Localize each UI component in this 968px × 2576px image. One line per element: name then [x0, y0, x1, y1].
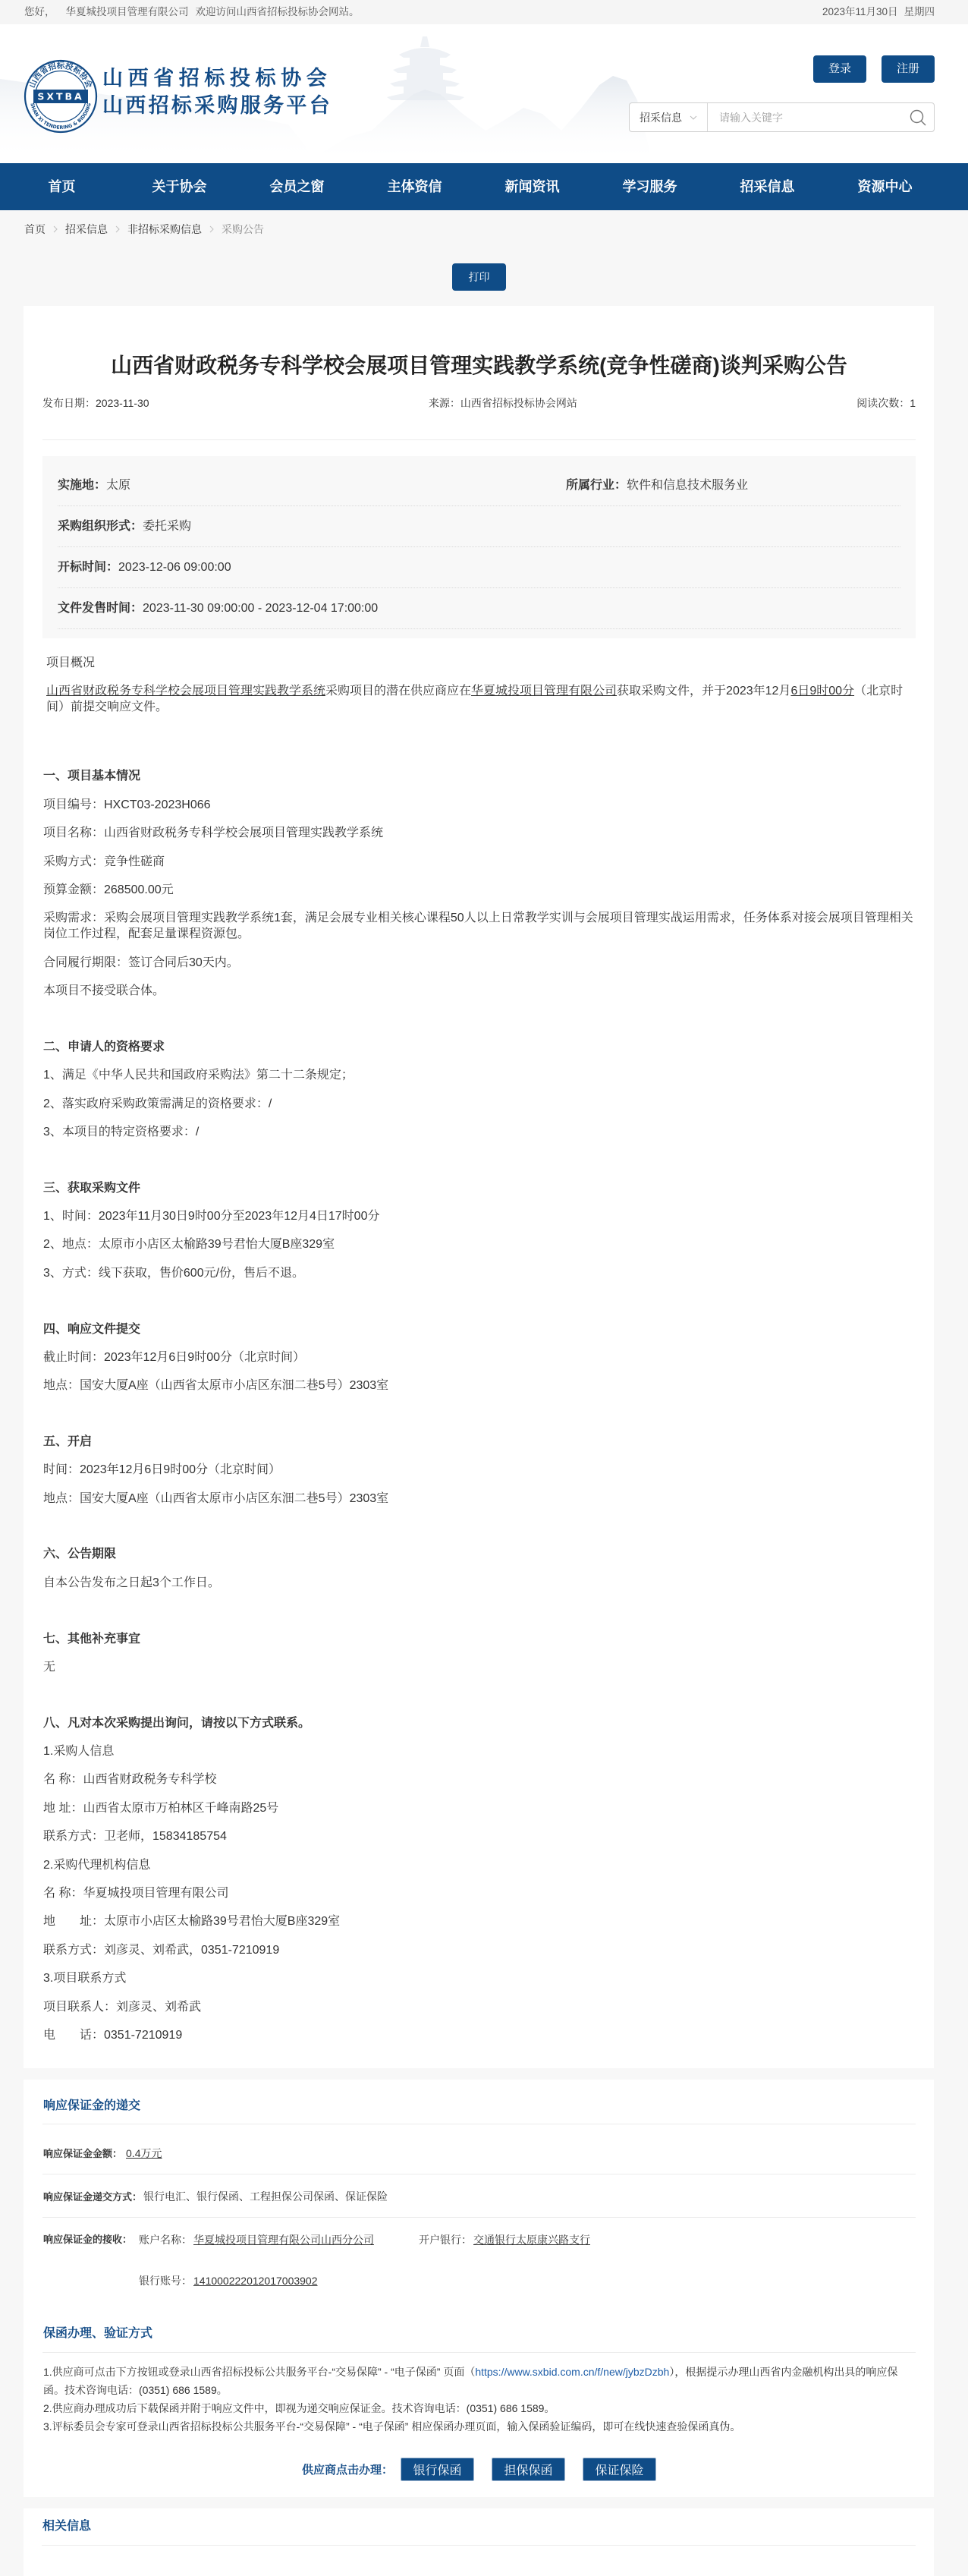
guarantee-actions-label: 供应商点击办理：	[302, 2461, 393, 2477]
print-button[interactable]: 打印	[452, 263, 506, 291]
article-source: 来源：山西省招标投标协会网站	[429, 395, 577, 411]
section-line: 2、地点：太原市小店区太榆路39号君怡大厦B座329室	[43, 1236, 916, 1252]
deposit-method-row: 响应保证金递交方式：银行电汇、银行保函、工程担保公司保函、保证保险	[42, 2174, 916, 2218]
section-line: 项目编号：HXCT03-2023H066	[43, 797, 916, 813]
section-heading: 二、申请人的资格要求	[43, 1039, 916, 1055]
nav-item-news[interactable]: 新闻资讯	[473, 163, 591, 210]
section-heading: 四、响应文件提交	[43, 1321, 916, 1337]
guarantee-title: 保函办理、验证方式	[42, 2325, 916, 2353]
section-heading: 五、开启	[43, 1434, 916, 1450]
chevron-right-icon	[53, 225, 58, 233]
section-line: 截止时间：2023年12月6日9时00分（北京时间）	[43, 1349, 916, 1365]
contact-line: 1.采购人信息	[43, 1743, 916, 1759]
contact-line: 项目联系人：刘彦灵、刘希武	[43, 1999, 916, 2015]
publish-date-value: 2023-11-30	[96, 397, 149, 409]
view-count-label: 阅读次数：	[856, 397, 910, 409]
section-line: 1、满足《中华人民共和国政府采购法》第二十二条规定；	[43, 1067, 916, 1083]
account-number-value: 141000222012017003902	[193, 2275, 318, 2287]
breadcrumb-procurement-info[interactable]: 招采信息	[65, 222, 108, 237]
section-heading: 六、公告期限	[43, 1546, 916, 1562]
association-seal-logo[interactable]: 山西省招标投标协会 SXTBA SHAN XI TENDERING & BIDD…	[24, 59, 98, 134]
chevron-down-icon	[690, 115, 697, 120]
section-heading: 三、获取采购文件	[43, 1180, 916, 1196]
info-sale-time: 文件发售时间：2023-11-30 09:00:00 - 2023-12-04 …	[58, 588, 378, 628]
deposit-amount-label: 响应保证金金额：	[43, 2148, 122, 2159]
announcement-body: 项目概况 山西省财政税务专科学校会展项目管理实践教学系统采购项目的潜在供应商应在…	[42, 655, 916, 2043]
source-value: 山西省招标投标协会网站	[460, 397, 577, 409]
section-line: 1、时间：2023年11月30日9时00分至2023年12月4日17时00分	[43, 1208, 916, 1224]
logged-in-company: 华夏城投项目管理有限公司	[66, 6, 189, 17]
section-heading: 一、项目基本情况	[43, 768, 916, 784]
guarantee-platform-link[interactable]: https://www.sxbid.com.cn/f/new/jybzDzbh	[475, 2366, 669, 2378]
contact-line: 联系方式：刘彦灵、刘希武，0351-7210919	[43, 1942, 916, 1958]
guarantee-text: 1.供应商可点击下方按钮或登录山西省招标投标公共服务平台-“交易保障” - “电…	[43, 2366, 475, 2378]
section-line: 3、本项目的特定资格要求：/	[43, 1124, 916, 1140]
search-icon	[909, 109, 927, 127]
breadcrumb-non-tender-info[interactable]: 非招标采购信息	[127, 222, 202, 237]
overview-project-name: 山西省财政税务专科学校会展项目管理实践教学系统	[46, 685, 325, 698]
logo-title-line1: 山西省招标投标协会	[102, 67, 332, 90]
account-name: 账户名称：华夏城投项目管理有限公司山西分公司	[139, 2231, 419, 2248]
section-line: 时间：2023年12月6日9时00分（北京时间）	[43, 1462, 916, 1478]
nav-item-members[interactable]: 会员之窗	[238, 163, 356, 210]
open-time-value: 2023-12-06 09:00:00	[118, 561, 231, 574]
welcome-text: 欢迎访问山西省招标投标协会网站。	[196, 6, 360, 17]
location-value: 太原	[106, 479, 130, 492]
bank-guarantee-button[interactable]: 银行保函	[401, 2458, 474, 2481]
nav-list: 首页 关于协会 会员之窗 主体资信 新闻资讯 学习服务 招采信息 资源中心	[3, 163, 944, 210]
guarantee-insurance-button[interactable]: 保证保险	[583, 2458, 656, 2481]
account-name-label: 账户名称：	[139, 2234, 192, 2246]
logo-title-line2: 山西招标采购服务平台	[102, 94, 332, 118]
guarantee-actions: 供应商点击办理： 银行保函 担保保函 保证保险	[42, 2458, 916, 2481]
section-heading: 八、凡对本次采购提出询问，请按以下方式联系。	[43, 1715, 916, 1731]
view-count: 阅读次数：1	[856, 395, 916, 411]
bank-name-value: 交通银行太原康兴路支行	[473, 2234, 590, 2246]
overview-agency-name: 华夏城投项目管理有限公司	[471, 685, 617, 698]
nav-item-learning[interactable]: 学习服务	[591, 163, 709, 210]
bank-name: 开户银行：交通银行太原康兴路支行	[419, 2231, 590, 2248]
overview-text: 获取采购文件，并于2023年12月	[617, 685, 790, 698]
info-row: 采购组织形式：委托采购	[58, 506, 900, 547]
contact-line: 2.采购代理机构信息	[43, 1857, 916, 1873]
sale-time-label: 文件发售时间：	[58, 602, 143, 615]
chevron-right-icon	[209, 225, 214, 233]
breadcrumb-home[interactable]: 首页	[24, 222, 46, 237]
deposit-title: 响应保证金的递交	[42, 2080, 916, 2124]
open-time-label: 开标时间：	[58, 561, 118, 574]
weekday-text: 星期四	[904, 6, 935, 17]
overview-deadline: 6日9时00分	[790, 685, 854, 698]
greeting-text: 您好，	[24, 6, 55, 17]
article-meta: 发布日期：2023-11-30 来源：山西省招标投标协会网站 阅读次数：1	[42, 395, 916, 440]
welcome-message: 您好，华夏城投项目管理有限公司欢迎访问山西省招标投标协会网站。	[24, 0, 360, 24]
info-location: 实施地：太原	[58, 465, 566, 505]
sale-time-value: 2023-11-30 09:00:00 - 2023-12-04 17:00:0…	[143, 602, 378, 615]
deposit-card: 响应保证金的递交 响应保证金金额：0.4万元 响应保证金递交方式：银行电汇、银行…	[24, 2080, 934, 2497]
current-date: 2023年11月30日星期四	[822, 0, 935, 24]
guarantee-instruction-2: 2.供应商办理成功后下载保函并附于响应文件中，即视为递交响应保证金。技术咨询电话…	[42, 2399, 916, 2417]
receipt-line: 银行账号：141000222012017003902	[139, 2272, 590, 2289]
site-logo-title[interactable]: 山西省招标投标协会 山西招标采购服务平台	[102, 67, 332, 118]
org-form-value: 委托采购	[143, 520, 191, 533]
publish-date-label: 发布日期：	[42, 397, 96, 409]
publish-date: 发布日期：2023-11-30	[42, 395, 149, 411]
nav-item-resources[interactable]: 资源中心	[826, 163, 944, 210]
account-number-label: 银行账号：	[139, 2275, 192, 2287]
industry-value: 软件和信息技术服务业	[627, 479, 748, 492]
related-info-title: 相关信息	[42, 2518, 916, 2546]
view-count-value: 1	[910, 397, 916, 409]
section-line: 项目名称：山西省财政税务专科学校会展项目管理实践教学系统	[43, 825, 916, 841]
announcement-card: 山西省财政税务专科学校会展项目管理实践教学系统(竞争性磋商)谈判采购公告 发布日…	[24, 306, 934, 2068]
page-title: 山西省财政税务专科学校会展项目管理实践教学系统(竞争性磋商)谈判采购公告	[42, 351, 916, 381]
deposit-receipt-details: 账户名称：华夏城投项目管理有限公司山西分公司 开户银行：交通银行太原康兴路支行 …	[139, 2231, 590, 2289]
section-line: 预算金额：268500.00元	[43, 882, 916, 898]
receipt-line: 账户名称：华夏城投项目管理有限公司山西分公司 开户银行：交通银行太原康兴路支行	[139, 2231, 590, 2248]
section-line: 3、方式：线下获取，售价600元/份，售后不退。	[43, 1265, 916, 1281]
section-line: 2、落实政府采购政策需满足的资格要求：/	[43, 1096, 916, 1112]
date-text: 2023年11月30日	[822, 6, 898, 17]
account-number: 银行账号：141000222012017003902	[139, 2272, 318, 2289]
print-toolbar: 打印	[0, 263, 968, 291]
contact-line: 地 址：山西省太原市万柏林区千峰南路25号	[43, 1800, 916, 1816]
info-org-form: 采购组织形式：委托采购	[58, 506, 191, 546]
deposit-receipt-row: 响应保证金的接收： 账户名称：华夏城投项目管理有限公司山西分公司 开户银行：交通…	[42, 2218, 916, 2289]
info-row: 实施地：太原 所属行业：软件和信息技术服务业	[58, 465, 900, 506]
contact-line: 电 话：0351-7210919	[43, 2027, 916, 2043]
contact-line: 名 称：山西省财政税务专科学校	[43, 1771, 916, 1787]
search-category-select[interactable]: 招采信息	[630, 103, 708, 131]
guarantee-instruction-1: 1.供应商可点击下方按钮或登录山西省招标投标公共服务平台-“交易保障” - “电…	[42, 2363, 916, 2399]
deposit-receipt-label: 响应保证金的接收：	[43, 2231, 139, 2289]
seal-abbr-text: SXTBA	[37, 91, 83, 102]
source-label: 来源：	[429, 397, 460, 409]
location-label: 实施地：	[58, 479, 106, 492]
account-name-value: 华夏城投项目管理有限公司山西分公司	[193, 2234, 374, 2246]
login-button[interactable]: 登录	[813, 55, 866, 83]
contact-line: 联系方式：卫老师，15834185754	[43, 1828, 916, 1844]
section-line: 采购需求：采购会展项目管理实践教学系统1套，满足会展专业相关核心课程50人以上日…	[43, 910, 916, 942]
contact-line: 3.项目联系方式	[43, 1970, 916, 1986]
section-line: 无	[43, 1659, 916, 1675]
info-row: 开标时间：2023-12-06 09:00:00	[58, 547, 900, 588]
section-line: 地点：国安大厦A座（山西省太原市小店区东沺二巷5号）2303室	[43, 1378, 916, 1393]
breadcrumb: 首页 招采信息 非招标采购信息 采购公告	[0, 222, 968, 237]
org-form-label: 采购组织形式：	[58, 520, 143, 533]
deposit-method-value: 银行电汇、银行保函、工程担保公司保函、保证保险	[143, 2190, 388, 2203]
search-button[interactable]	[902, 103, 934, 131]
project-info-box: 实施地：太原 所属行业：软件和信息技术服务业 采购组织形式：委托采购 开标时间：…	[42, 456, 916, 638]
search-bar: 招采信息	[629, 102, 935, 132]
site-header: 山西省招标投标协会 SXTBA SHAN XI TENDERING & BIDD…	[0, 24, 968, 163]
nav-item-home[interactable]: 首页	[3, 163, 121, 210]
overview-paragraph: 山西省财政税务专科学校会展项目管理实践教学系统采购项目的潜在供应商应在华夏城投项…	[46, 683, 916, 715]
info-open-time: 开标时间：2023-12-06 09:00:00	[58, 547, 231, 587]
contact-line: 地 址：太原市小店区太榆路39号君怡大厦B座329室	[43, 1913, 916, 1929]
bank-name-label: 开户银行：	[419, 2234, 472, 2246]
deposit-method-label: 响应保证金递交方式：	[43, 2191, 142, 2203]
info-industry: 所属行业：软件和信息技术服务业	[566, 465, 748, 505]
search-input[interactable]	[708, 103, 902, 131]
section-line: 地点：国安大厦A座（山西省太原市小店区东沺二巷5号）2303室	[43, 1491, 916, 1507]
deposit-amount-value: 0.4万元	[126, 2147, 162, 2159]
search-category-value: 招采信息	[640, 110, 682, 125]
nav-item-procurement[interactable]: 招采信息	[709, 163, 826, 210]
section-heading: 七、其他补充事宜	[43, 1631, 916, 1647]
top-bar: 您好，华夏城投项目管理有限公司欢迎访问山西省招标投标协会网站。 2023年11月…	[0, 0, 968, 24]
deposit-amount-row: 响应保证金金额：0.4万元	[42, 2124, 916, 2174]
overview-text: 采购项目的潜在供应商应在	[325, 685, 471, 698]
nav-item-credit[interactable]: 主体资信	[356, 163, 473, 210]
project-overview: 项目概况 山西省财政税务专科学校会展项目管理实践教学系统采购项目的潜在供应商应在…	[43, 655, 916, 715]
register-button[interactable]: 注册	[882, 55, 935, 83]
main-nav: 首页 关于协会 会员之窗 主体资信 新闻资讯 学习服务 招采信息 资源中心	[0, 163, 968, 210]
section-line: 采购方式：竞争性磋商	[43, 854, 916, 870]
guarantee-instruction-3: 3.评标委员会专家可登录山西省招标投标公共服务平台-“交易保障” - “电子保函…	[42, 2417, 916, 2436]
surety-guarantee-button[interactable]: 担保保函	[492, 2458, 565, 2481]
industry-label: 所属行业：	[566, 479, 627, 492]
chevron-right-icon	[115, 225, 120, 233]
section-line: 本项目不接受联合体。	[43, 983, 916, 999]
info-row: 文件发售时间：2023-11-30 09:00:00 - 2023-12-04 …	[58, 588, 900, 629]
nav-item-about[interactable]: 关于协会	[121, 163, 238, 210]
breadcrumb-current: 采购公告	[222, 222, 264, 237]
contact-line: 名 称：华夏城投项目管理有限公司	[43, 1885, 916, 1901]
section-line: 自本公告发布之日起3个工作日。	[43, 1575, 916, 1591]
related-info-card: 相关信息	[24, 2508, 934, 2576]
overview-heading: 项目概况	[46, 655, 916, 671]
section-line: 合同履行期限：签订合同后30天内。	[43, 955, 916, 971]
